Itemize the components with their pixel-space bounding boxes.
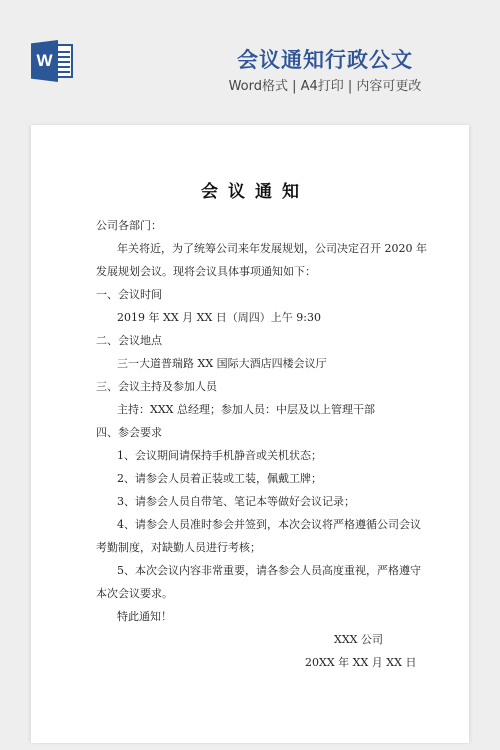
requirement-item: 5、本次会议内容非常重要，请各参会人员高度重视，严格遵守	[117, 564, 421, 578]
section-content-location: 三一大道普瑞路 XX 国际大酒店四楼会议厅	[117, 357, 327, 371]
word-document-icon: W	[31, 40, 77, 82]
page-title: 会议通知行政公文	[150, 44, 500, 74]
signature-company: XXX 公司	[334, 633, 383, 647]
requirement-item: 4、请参会人员准时参会并签到，本次会议将严格遵循公司会议	[117, 518, 421, 532]
requirement-item: 3、请参会人员自带笔、笔记本等做好会议记录；	[117, 495, 355, 509]
signature-date: 20XX 年 XX 月 XX 日	[305, 656, 416, 670]
word-logo-letter: W	[31, 40, 58, 82]
section-heading-location: 二、会议地点	[96, 334, 162, 348]
section-heading-attendees: 三、会议主持及参加人员	[96, 380, 217, 394]
section-content-attendees: 主持：XXX 总经理；参加人员：中层及以上管理干部	[117, 403, 375, 417]
intro-line-1: 年关将近，为了统筹公司来年发展规划，公司决定召开 2020 年	[117, 242, 427, 256]
section-heading-time: 一、会议时间	[96, 288, 162, 302]
section-content-time: 2019 年 XX 月 XX 日（周四）上午 9:30	[117, 311, 321, 325]
salutation: 公司各部门：	[96, 219, 162, 233]
document-title: 会议通知	[31, 177, 469, 202]
requirement-item-continuation: 考勤制度，对缺勤人员进行考核；	[96, 541, 261, 555]
section-heading-requirements: 四、参会要求	[96, 426, 162, 440]
requirement-item: 1、会议期间请保持手机静音或关机状态；	[117, 449, 322, 463]
requirement-item-continuation: 本次会议要求。	[96, 587, 173, 601]
page-subtitle: Word格式 | A4打印 | 内容可更改	[150, 75, 500, 94]
document-page: 会议通知 公司各部门： 年关将近，为了统筹公司来年发展规划，公司决定召开 202…	[31, 125, 469, 743]
closing-remark: 特此通知！	[117, 610, 172, 624]
intro-line-2: 发展规划会议。现将会议具体事项通知如下：	[96, 265, 316, 279]
header: W 会议通知行政公文 Word格式 | A4打印 | 内容可更改	[0, 0, 500, 120]
requirement-item: 2、请参会人员着正装或工装，佩戴工牌；	[117, 472, 322, 486]
